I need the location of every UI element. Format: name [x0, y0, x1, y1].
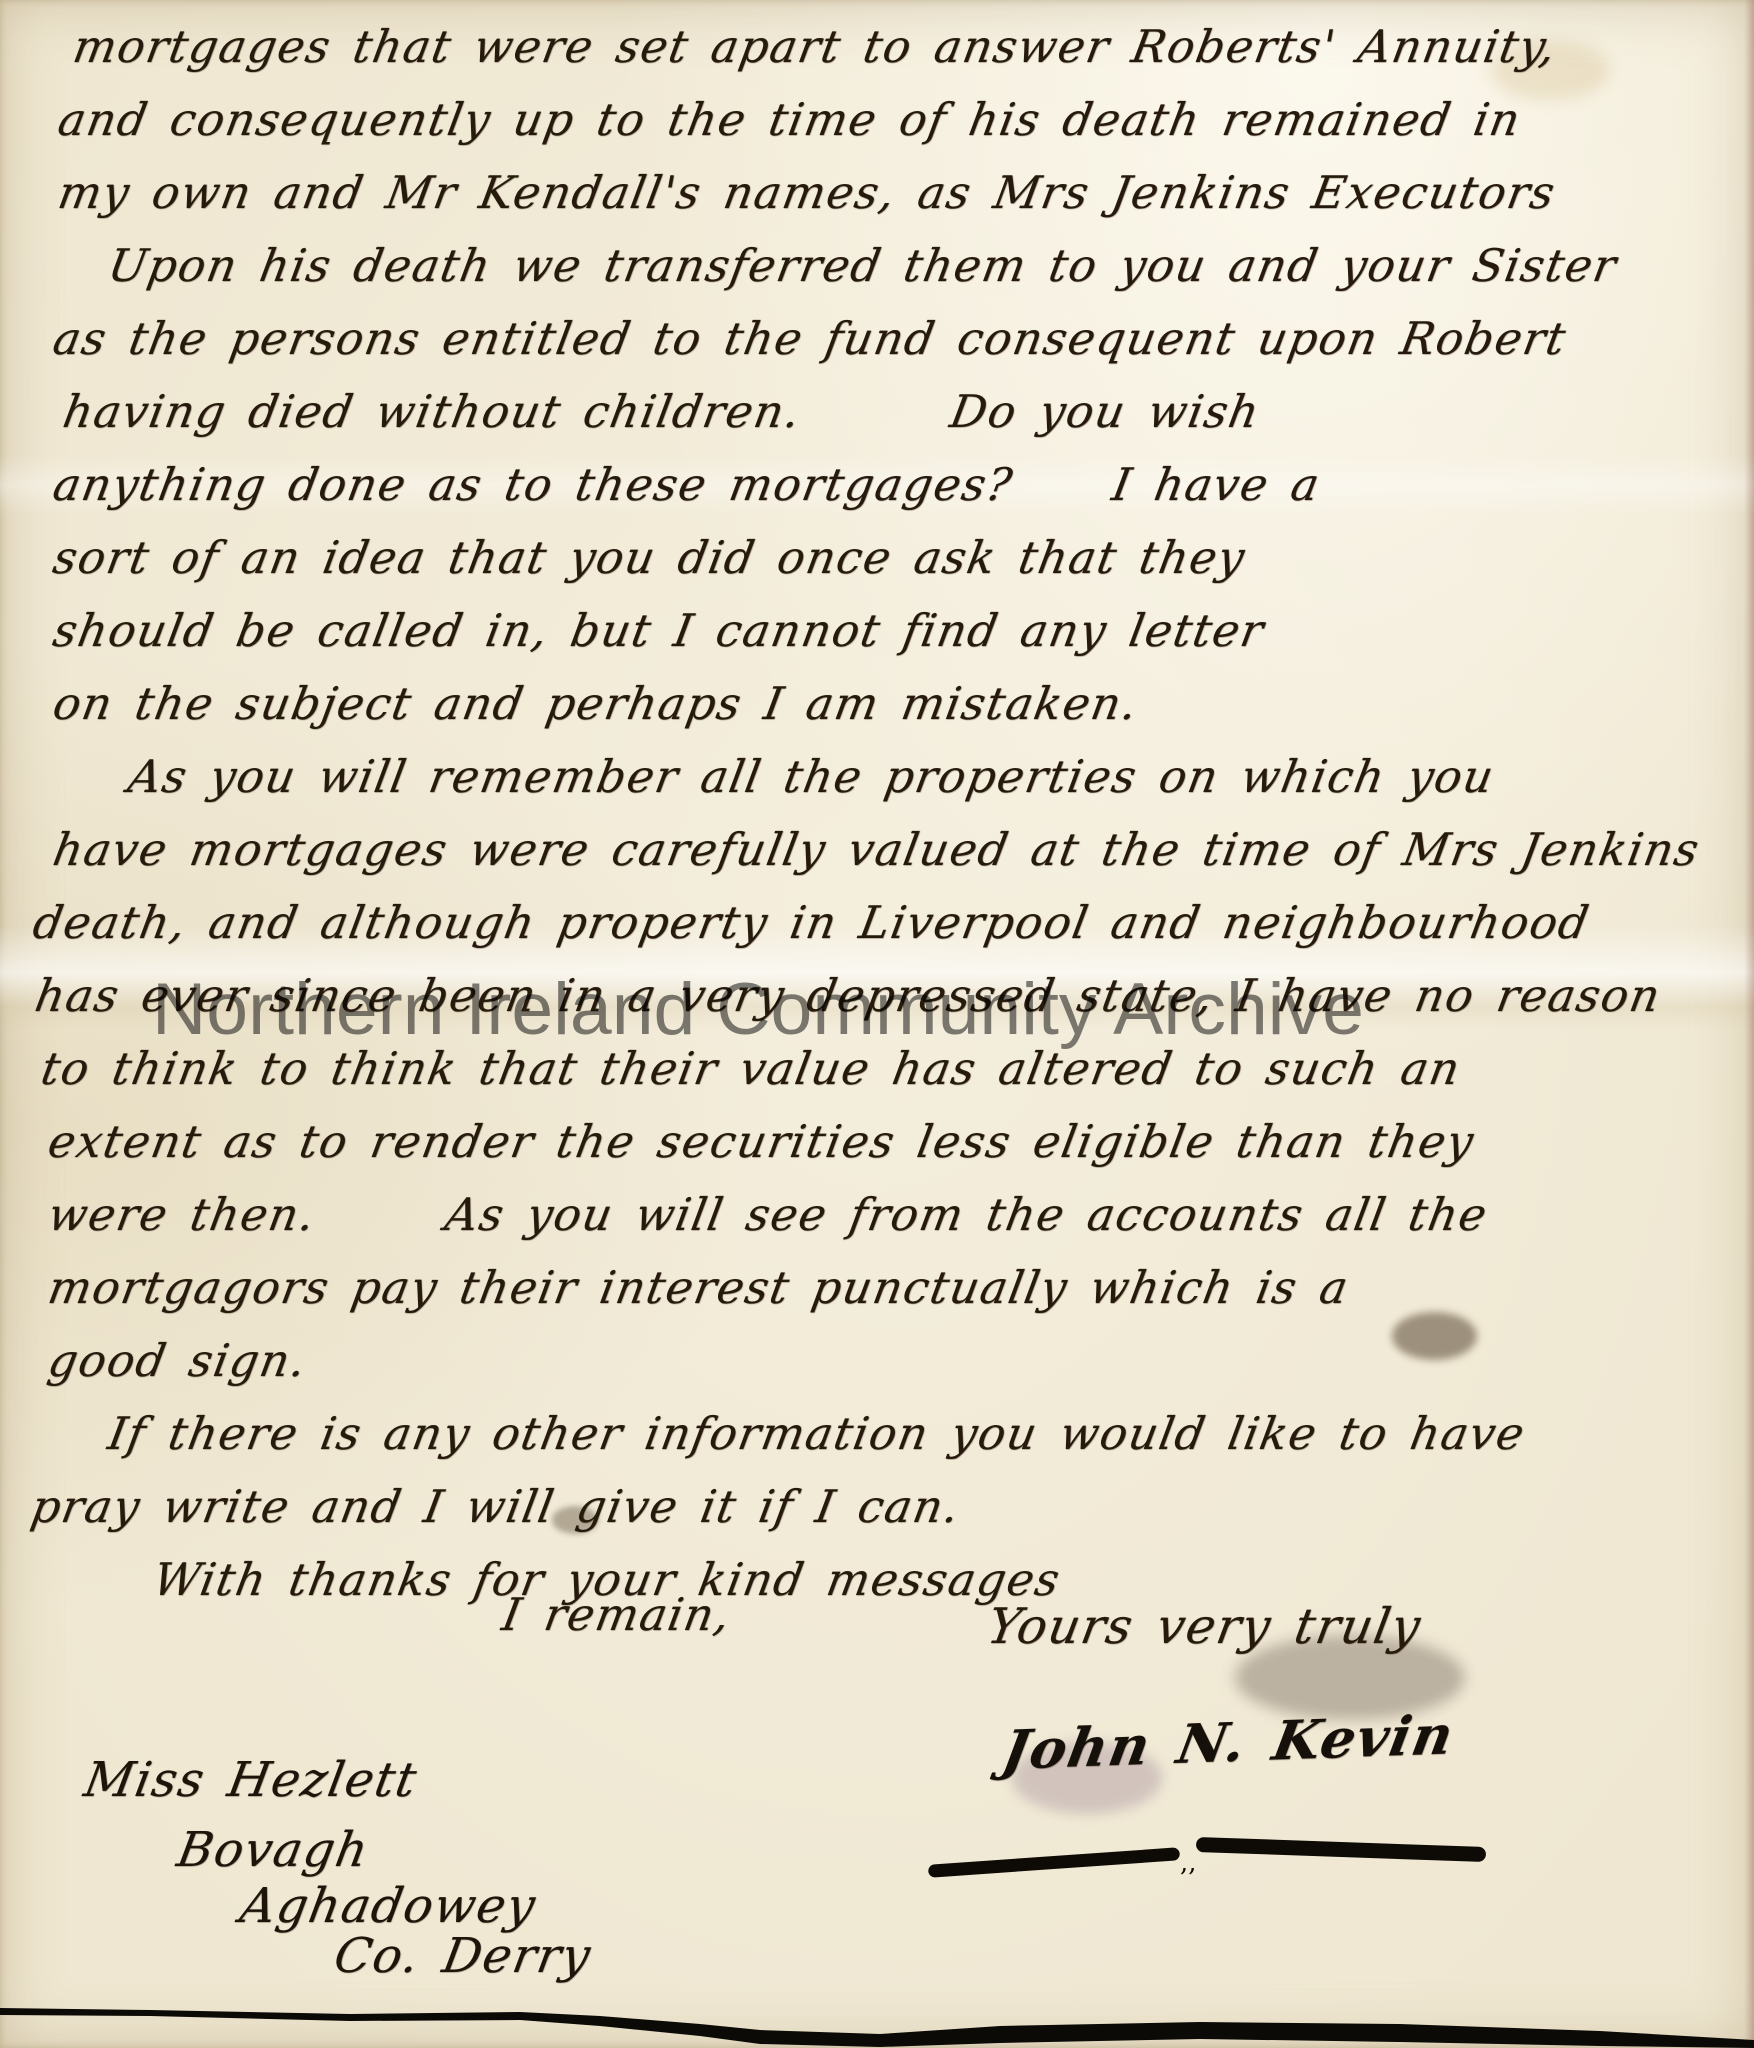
recipient-address-text: Bovagh: [173, 1822, 373, 1878]
letter-line-text: should be called in, but I cannot find a…: [47, 594, 1270, 667]
letter-line-text: death, and although property in Liverpoo…: [27, 886, 1595, 959]
letter-line: pray write and I will give it if I can.: [28, 1470, 1714, 1543]
letter-line-text: having died without children.: [57, 375, 807, 448]
closing-valediction-text: Yours very truly: [983, 1598, 1426, 1655]
letter-line-text: I have a: [1106, 448, 1326, 521]
letter-line-text: as the persons entitled to the fund cons…: [47, 302, 1572, 375]
letter-line: have mortgages were carefully valued at …: [50, 813, 1714, 886]
letter-line-text: sort of an idea that you did once ask th…: [47, 521, 1251, 594]
archive-watermark: Northern Ireland Community Archive: [152, 968, 1635, 1051]
recipient-name-text: Miss Hezlett: [80, 1752, 422, 1808]
letter-line-text: and consequently up to the time of his d…: [52, 83, 1527, 156]
letter-line: on the subject and perhaps I am mistaken…: [50, 667, 1714, 740]
recipient-address-text: Co. Derry: [330, 1928, 596, 1984]
letter-line: As you will remember all the properties …: [125, 740, 1714, 813]
letter-line-text: mortgages that were set apart to answer …: [67, 10, 1562, 83]
letter-line: mortgages that were set apart to answer …: [70, 10, 1714, 83]
letter-line-text: on the subject and perhaps I am mistaken…: [47, 667, 1144, 740]
letter-line-text: If there is any other information you wo…: [102, 1397, 1531, 1470]
letter-line-text: have mortgages were carefully valued at …: [47, 813, 1705, 886]
letter-line: If there is any other information you wo…: [105, 1397, 1714, 1470]
letter-line: death, and although property in Liverpoo…: [30, 886, 1714, 959]
letter-line-text: Upon his death we transferred them to yo…: [102, 229, 1623, 302]
letter-line-text: As you will see from the accounts all th…: [439, 1178, 1493, 1251]
letter-line-text: As you will remember all the properties …: [122, 740, 1500, 813]
recipient-name: Miss Hezlett: [82, 1752, 414, 1808]
recipient-address-line: Co. Derry: [332, 1928, 588, 1984]
closing-remain: I remain,: [500, 1588, 728, 1641]
letter-line-text: anything done as to these mortgages?: [47, 448, 1019, 521]
closing-remain-text: I remain,: [498, 1588, 735, 1641]
letter-line: extent as to render the securities less …: [45, 1105, 1714, 1178]
letter-line: With thanks for your kind messages: [150, 1543, 1714, 1616]
letter-line: Upon his death we transferred them to yo…: [105, 229, 1714, 302]
letter-line: anything done as to these mortgages?I ha…: [50, 448, 1714, 521]
letter-line: my own and Mr Kendall's names, as Mrs Je…: [55, 156, 1714, 229]
signature-underline-flourish: [1196, 1837, 1486, 1862]
signature-text: John N. Kevin: [998, 1702, 1460, 1782]
recipient-address-line: Bovagh: [175, 1822, 366, 1878]
letter-line: should be called in, but I cannot find a…: [50, 594, 1714, 667]
letter-line: sort of an idea that you did once ask th…: [50, 521, 1714, 594]
letter-line-text: mortgagors pay their interest punctually…: [42, 1251, 1355, 1324]
letter-line-text: good sign.: [42, 1324, 313, 1397]
scan-edge-artifact: [0, 1988, 1754, 2048]
letter-line-text: my own and Mr Kendall's names, as Mrs Je…: [52, 156, 1561, 229]
letter-line: were then.As you will see from the accou…: [45, 1178, 1714, 1251]
closing-valediction: Yours very truly: [985, 1598, 1418, 1655]
recipient-address-text: Aghadowey: [236, 1878, 541, 1934]
letter-line: mortgagors pay their interest punctually…: [45, 1251, 1714, 1324]
letter-line-text: pray write and I will give it if I can.: [25, 1470, 966, 1543]
signature: John N. Kevin: [1000, 1718, 1447, 1782]
signature-flourish-dots: ,,: [1180, 1848, 1197, 1878]
recipient-address-line: Aghadowey: [238, 1878, 533, 1934]
letter-line: good sign.: [45, 1324, 1714, 1397]
letter-body: mortgages that were set apart to answer …: [50, 10, 1714, 1616]
letter-line: having died without children.Do you wish: [60, 375, 1714, 448]
letter-line-text: were then.: [42, 1178, 321, 1251]
letter-line-text: Do you wish: [944, 375, 1266, 448]
letter-page: mortgages that were set apart to answer …: [0, 0, 1754, 2048]
letter-line-text: extent as to render the securities less …: [42, 1105, 1480, 1178]
paper-edge-shadow: [1744, 0, 1754, 2048]
letter-line: as the persons entitled to the fund cons…: [50, 302, 1714, 375]
letter-line: and consequently up to the time of his d…: [55, 83, 1714, 156]
signature-underline-flourish: [928, 1847, 1180, 1878]
